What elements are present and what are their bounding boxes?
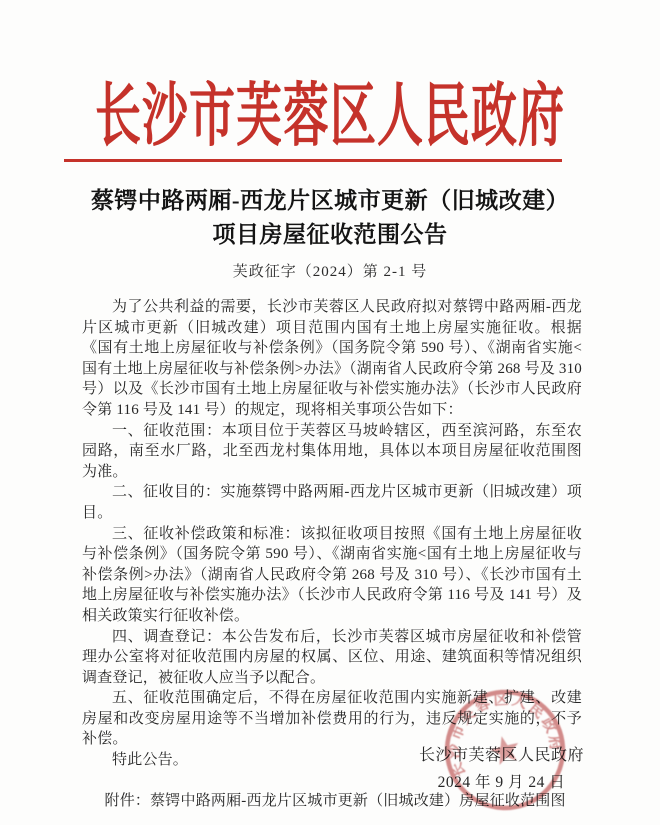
paragraph-item-4: 四、调查登记：本公告发布后，长沙市芙蓉区城市房屋征收和补偿管理办公室将对征收范围… (82, 627, 582, 689)
document-title: 蔡锷中路两厢-西龙片区城市更新（旧城改建） 项目房屋征收范围公告 (0, 184, 660, 252)
signature-date: 2024 年 9 月 24 日 (419, 773, 584, 793)
paragraph-item-5: 五、征收范围确定后，不得在房屋征收范围内实施新建、扩建、改建房屋和改变房屋用途等… (82, 688, 582, 750)
letterhead-divider (64, 159, 562, 162)
announcement-body: 为了公共利益的需要，长沙市芙蓉区人民政府拟对蔡锷中路两厢-西龙片区城市更新（旧城… (82, 297, 582, 811)
attachment-line: 附件：蔡锷中路两厢-西龙片区城市更新（旧城改建）房屋征收范围图 (82, 791, 582, 812)
paragraph-intro: 为了公共利益的需要，长沙市芙蓉区人民政府拟对蔡锷中路两厢-西龙片区城市更新（旧城… (82, 297, 582, 421)
signature-org-name: 长沙市芙蓉区人民政府 (419, 745, 584, 767)
document-page: 长沙市芙蓉区人民政府 蔡锷中路两厢-西龙片区城市更新（旧城改建） 项目房屋征收范… (0, 0, 660, 825)
document-title-line1: 蔡锷中路两厢-西龙片区城市更新（旧城改建） (0, 184, 660, 218)
document-number: 芙政征字（2024）第 2-1 号 (0, 260, 660, 281)
letterhead-org-name: 长沙市芙蓉区人民政府 (0, 82, 660, 151)
paragraph-item-3: 三、征收补偿政策和标准：该拟征收项目按照《国有土地上房屋征收与补偿条例》（国务院… (82, 524, 582, 627)
paragraph-item-2: 二、征收目的：实施蔡锷中路两厢-西龙片区城市更新（旧城改建）项目。 (82, 482, 582, 523)
signature-block: 长沙市芙蓉区人民政府 2024 年 9 月 24 日 (419, 745, 584, 793)
paragraph-item-1: 一、征收范围：本项目位于芙蓉区马坡岭辖区，西至滨河路，东至农园路，南至水厂路，北… (82, 421, 582, 483)
document-title-line2: 项目房屋征收范围公告 (0, 218, 660, 252)
